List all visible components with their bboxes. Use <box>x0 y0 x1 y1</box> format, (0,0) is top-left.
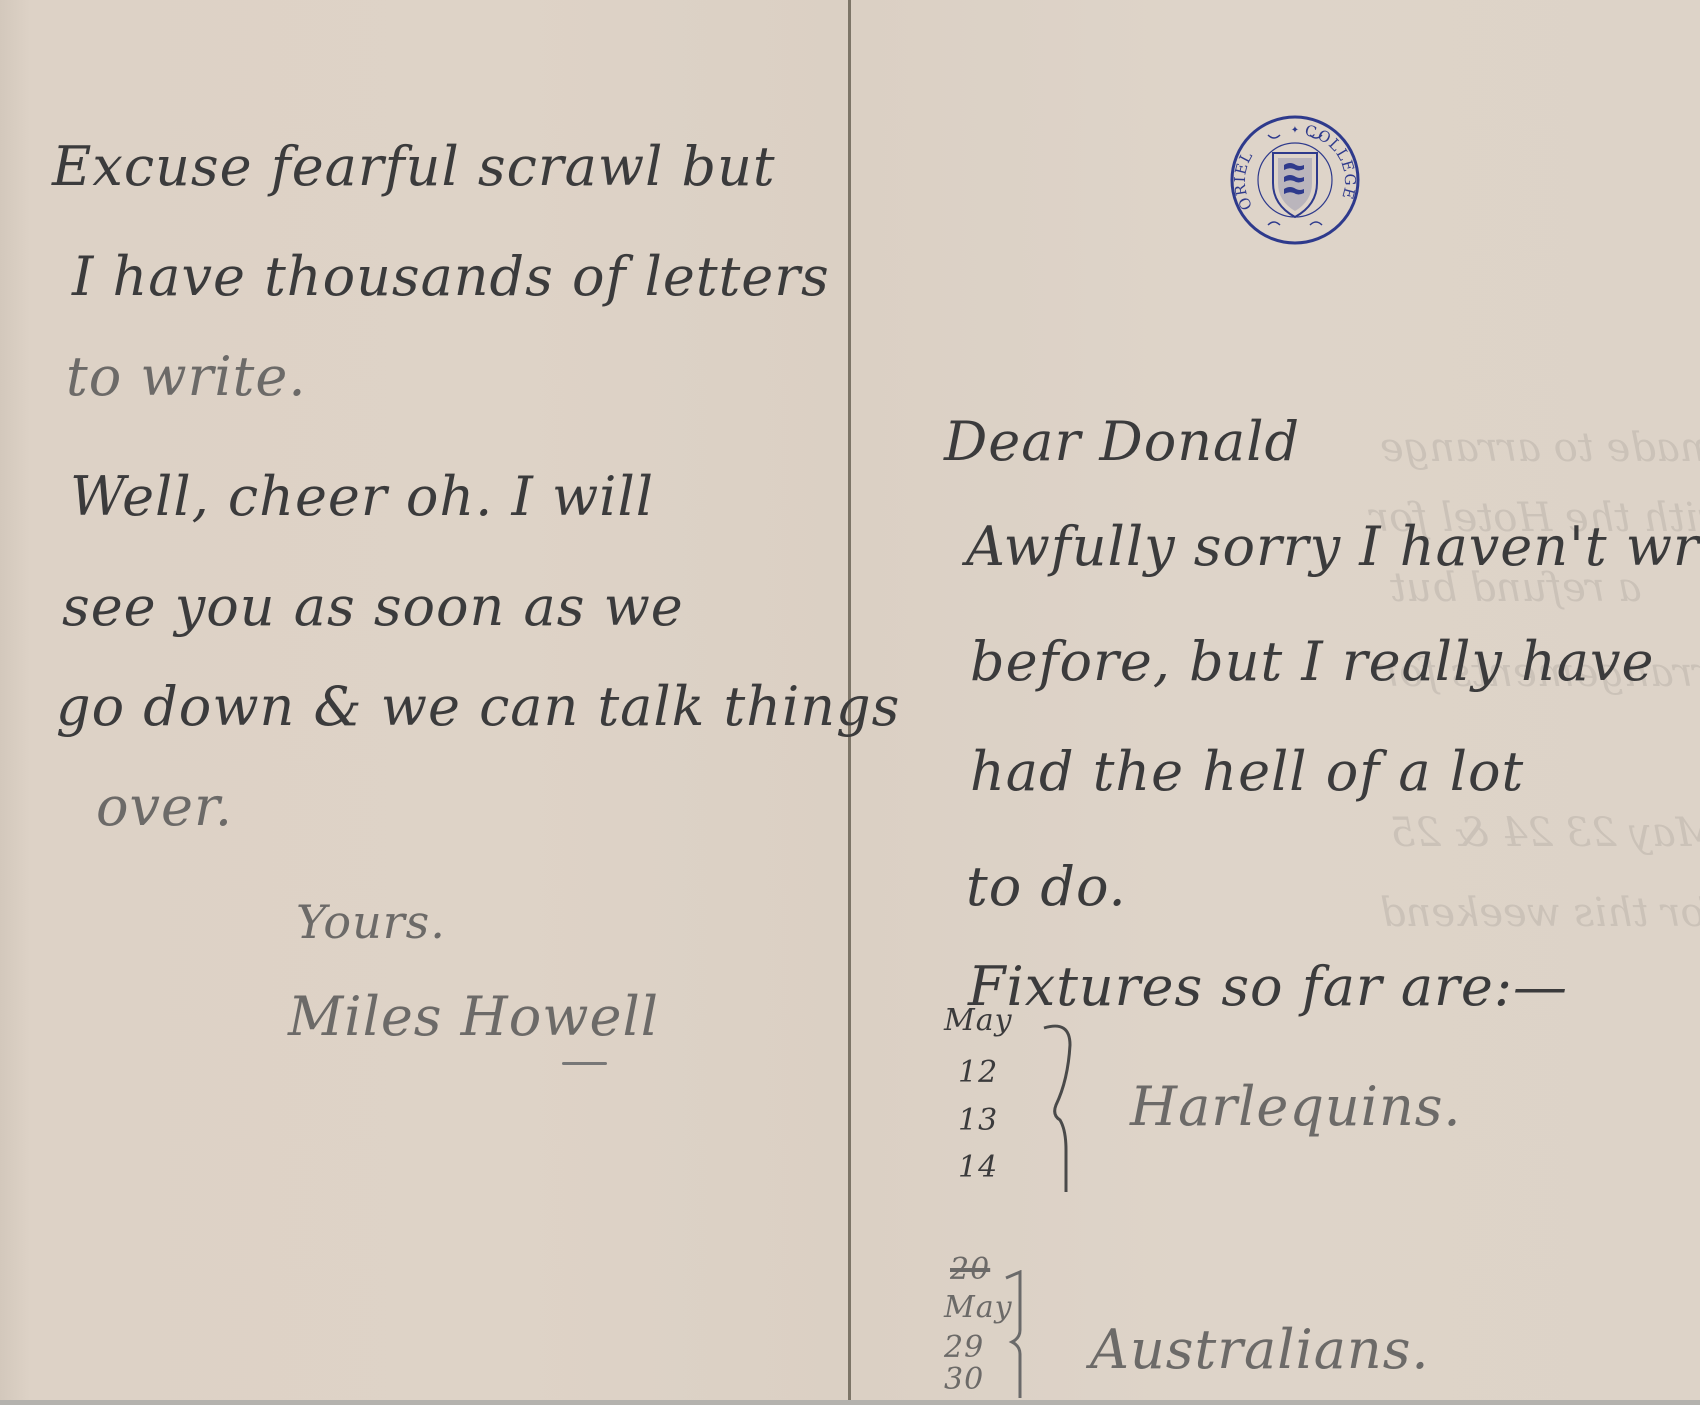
letter-line: see you as soon as we <box>62 575 684 638</box>
fixture-date: 29 <box>944 1330 984 1365</box>
letter-line: before, but I really have <box>970 630 1654 693</box>
fixture-opponent: Harlequins. <box>1130 1075 1462 1138</box>
letter-line: had the hell of a lot <box>970 740 1524 803</box>
closing: Yours. <box>296 895 446 949</box>
brace-icon <box>1040 1020 1080 1200</box>
struck-date: 20 <box>950 1252 990 1287</box>
letter-line: Well, cheer oh. I will <box>70 465 654 528</box>
letter-line: to do. <box>966 855 1127 918</box>
show-through-line: for this weekend <box>1380 890 1700 936</box>
brace-icon <box>1000 1270 1030 1400</box>
svg-text:✦: ✦ <box>1291 125 1299 136</box>
letter-line: Excuse fearful scrawl but <box>52 135 776 198</box>
fixture-date: 12 <box>958 1055 998 1090</box>
show-through-line: have made to arrange <box>1380 425 1700 471</box>
letter-line: over. <box>96 775 233 838</box>
letter-line: I have thousands of letters <box>72 245 830 308</box>
letter-line: Awfully sorry I haven't written <box>966 515 1700 578</box>
fixture-opponent: Australians. <box>1090 1318 1430 1381</box>
salutation: Dear Donald <box>944 410 1300 473</box>
letter-line: to write. <box>66 345 307 408</box>
fixture-date: 30 <box>944 1362 984 1397</box>
oriel-college-seal-icon: ORIEL COLLEGE ✦ <box>1228 113 1362 247</box>
letter-line: Fixtures so far are:— <box>968 955 1568 1018</box>
show-through-line: May 23 24 & 25 <box>1390 810 1700 856</box>
scan-edge <box>0 1400 1700 1405</box>
letter-line: go down & we can talk things <box>56 675 900 738</box>
fixture-date: 13 <box>958 1103 998 1138</box>
signature-dash <box>562 1062 607 1065</box>
signature: Miles Howell <box>288 985 659 1048</box>
fixture-month: May <box>944 1003 1013 1038</box>
fixture-date: 14 <box>958 1150 998 1185</box>
